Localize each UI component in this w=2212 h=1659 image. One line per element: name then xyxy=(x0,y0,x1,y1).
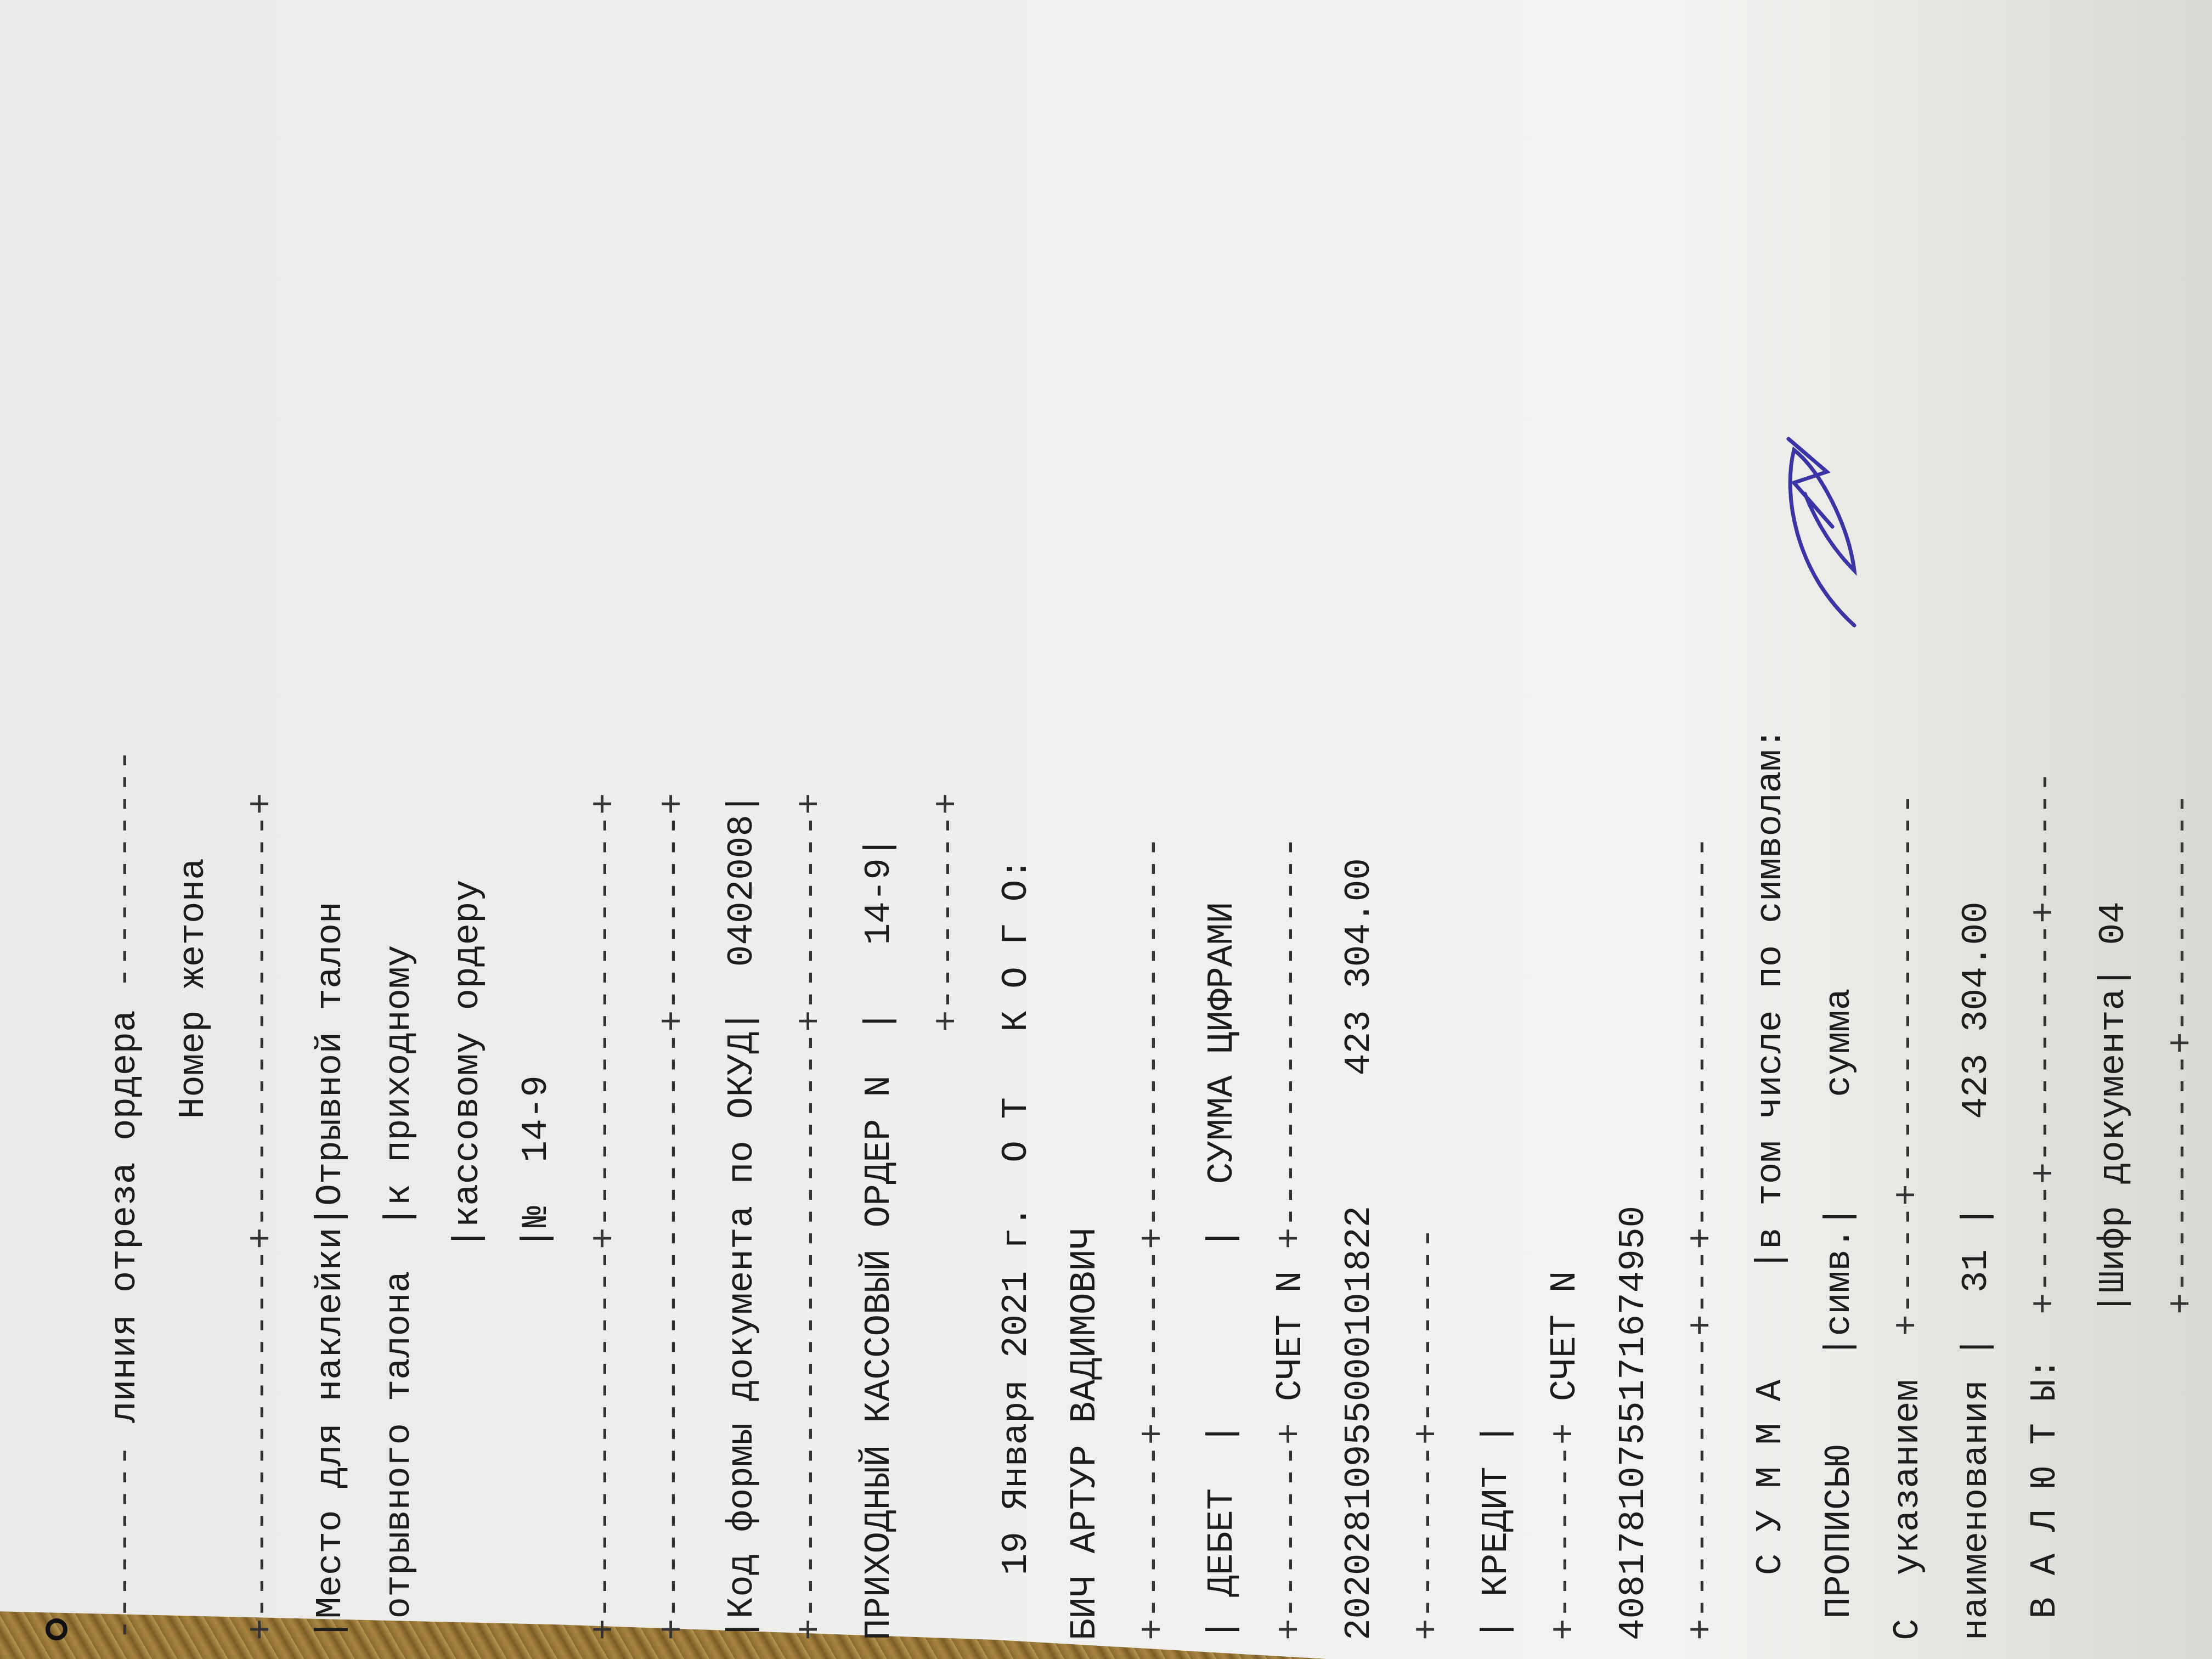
credit-label: КРЕДИТ xyxy=(1476,1466,1517,1597)
okud-label: Код формы документа по ОКУД xyxy=(721,1032,763,1618)
sticker-place-label-1: Место для наклейки xyxy=(310,1227,351,1618)
sum-words-label-4: наименования xyxy=(1956,1380,1997,1640)
credit-account-label: СЧЕТ N xyxy=(1544,1271,1585,1402)
symbol-sum: 423 304.00 xyxy=(1956,901,1997,1119)
symbol-value: 31 xyxy=(1956,1249,1997,1293)
debit-label: ДЕБЕТ xyxy=(1201,1488,1243,1597)
stub-line-3: кассовому ордеру xyxy=(447,880,488,1228)
cipher-value: 04 xyxy=(2093,901,2134,945)
okud-code: 0402008 xyxy=(721,815,763,967)
credit-account-number: 40817810755171674950 xyxy=(1613,1206,1654,1640)
sum-words-label-1: С У М М А xyxy=(1750,1380,1791,1575)
stub-line-1: Отрывной талон xyxy=(310,901,351,1206)
stub-line-2: к приходному xyxy=(379,945,420,1206)
order-number: 14-9 xyxy=(859,858,900,945)
debit-account-number: 20202810955000101822 xyxy=(1339,1206,1380,1640)
symbol-column-header: симв. xyxy=(1819,1227,1860,1336)
sticker-place-label-2: отрывного талона xyxy=(379,1271,420,1619)
sum-column-header: сумма xyxy=(1819,989,1860,1097)
amount-digits-label: СУММА ЦИФРАМИ xyxy=(1201,901,1243,1184)
payer-name: БИЧ АРТУР ВАДИМОВИЧ xyxy=(1064,1227,1105,1640)
printer-mark-icon xyxy=(46,1618,67,1640)
amount-digits: 423 304.00 xyxy=(1339,858,1380,1075)
date-line: 19 Января 2021 г. О Т К О Г О: xyxy=(996,858,1037,1575)
token-number-label: Номер жетона xyxy=(173,858,214,1119)
debit-account-label: СЧЕТ N xyxy=(1270,1271,1311,1402)
sum-words-label-2: ПРОПИСЬЮ xyxy=(1819,1445,1860,1619)
handwritten-signature xyxy=(1772,406,1871,636)
by-symbols-label: в том числе по символам: xyxy=(1750,728,1791,1250)
cut-line-label: линия отреза ордера xyxy=(104,1010,145,1423)
stub-line-4: № 14-9 xyxy=(516,1075,557,1227)
order-title: ПРИХОДНЫЙ КАССОВЫЙ ОРДЕР N xyxy=(859,1075,900,1640)
sum-words-label-5: В А Л Ю Т Ы: xyxy=(2024,1358,2066,1618)
cipher-label: Шифр документа xyxy=(2093,989,2134,1293)
cash-receipt-order-document: --------- линия отреза ордера ----------… xyxy=(22,16,1975,1640)
sum-words-label-3: С указанием xyxy=(1887,1380,1928,1640)
